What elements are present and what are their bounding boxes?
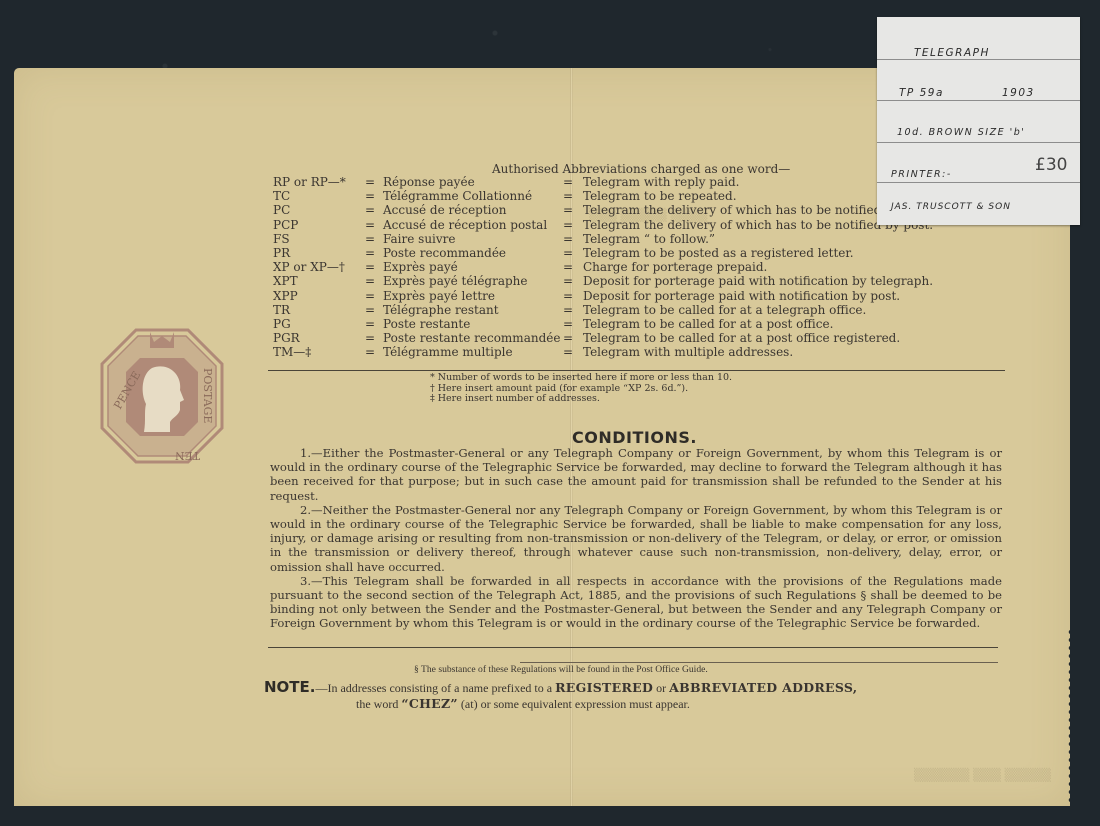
card-title: TELEGRAPH [914, 47, 990, 59]
card-printer-name: JAS. TRUSCOTT & SON [891, 202, 1011, 212]
show-through-text: ▒▒▒▒▒▒ ▒▒▒ ▒▒▒▒▒ [914, 768, 1051, 782]
condition-3: 3.—This Telegram shall be forwarded in a… [270, 574, 1002, 631]
table-divider [268, 370, 1005, 371]
address-note: NOTE.—In addresses consisting of a name … [264, 680, 1008, 712]
condition-1: 1.—Either the Postmaster-General or any … [270, 446, 1002, 503]
svg-text:POSTAGE: POSTAGE [201, 368, 214, 423]
collector-index-card: TELEGRAPH TP 59a 1903 10d. BROWN SIZE 'b… [877, 17, 1080, 225]
conditions-divider [268, 647, 998, 648]
ten-pence-stamp: PENCE POSTAGE TEN [100, 328, 224, 464]
note-label: NOTE. [264, 678, 315, 696]
conditions-divider-2 [520, 662, 998, 663]
footnote: ‡ Here insert number of addresses. [430, 394, 732, 405]
card-year: 1903 [1002, 87, 1035, 99]
card-description: 10d. BROWN SIZE 'b' [897, 127, 1025, 138]
condition-2: 2.—Neither the Postmaster-General nor an… [270, 503, 1002, 574]
card-catalogue-ref: TP 59a [899, 87, 944, 99]
conditions-title: CONDITIONS. [572, 428, 697, 447]
regulations-footnote: § The substance of these Regulations wil… [414, 664, 708, 675]
king-head-octagon-icon: PENCE POSTAGE TEN [100, 328, 224, 464]
note-line-2: the word “CHEZ” (at) or some equivalent … [264, 696, 1008, 712]
card-printer-label: PRINTER:- [891, 169, 952, 180]
footnote: * Number of words to be inserted here if… [430, 373, 732, 384]
conditions-body: 1.—Either the Postmaster-General or any … [270, 446, 1002, 631]
svg-text:TEN: TEN [175, 449, 200, 462]
card-price: £30 [1035, 155, 1067, 175]
abbreviations-heading: Authorised Abbreviations charged as one … [492, 162, 790, 176]
footnotes: * Number of words to be inserted here if… [430, 373, 732, 405]
